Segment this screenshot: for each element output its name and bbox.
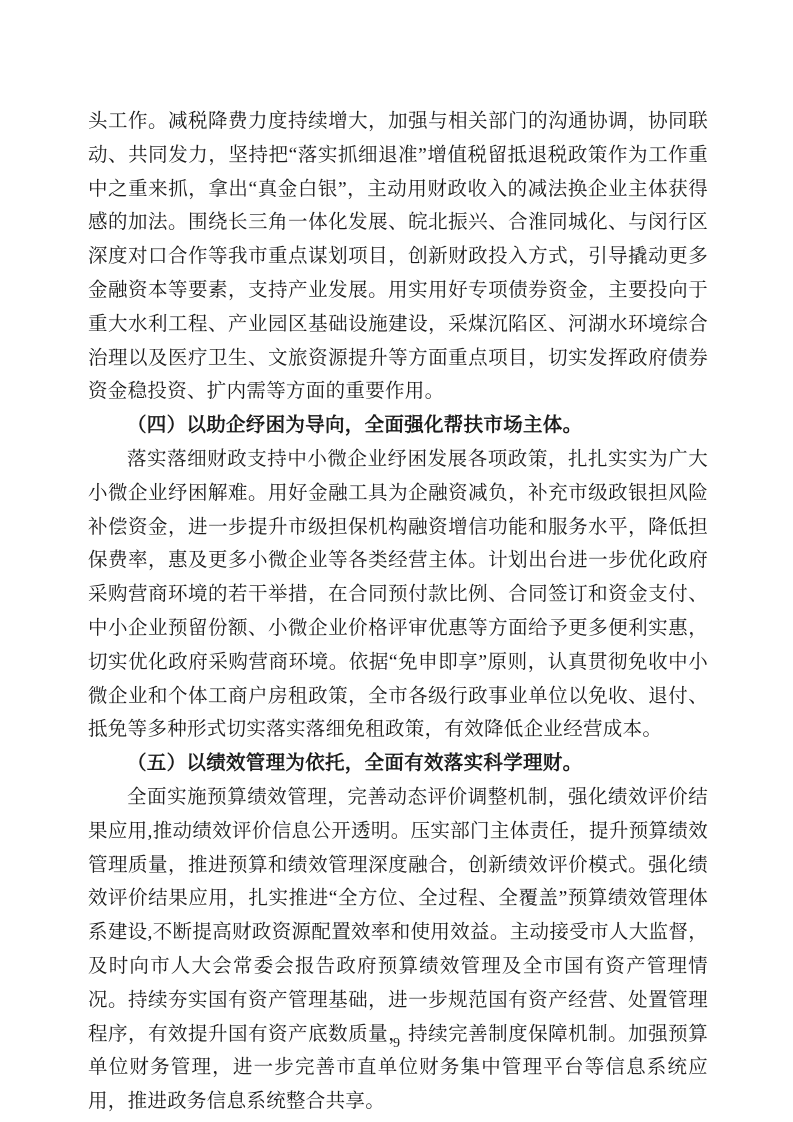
document-page: 头工作。减税降费力度持续增大，加强与相关部门的沟通协调，协同联动、共同发力，坚持… bbox=[0, 0, 793, 1122]
section-heading-4: （四）以助企纾困为导向，全面强化帮扶市场主体。 bbox=[88, 409, 708, 443]
section-heading-5: （五）以绩效管理为依托，全面有效落实科学理财。 bbox=[88, 747, 708, 781]
document-body: 头工作。减税降费力度持续增大，加强与相关部门的沟通协调，协同联动、共同发力，坚持… bbox=[88, 105, 708, 1119]
page-footer: 9 bbox=[0, 1034, 793, 1054]
page-number: 9 bbox=[393, 1036, 400, 1051]
paragraph-section-5: 全面实施预算绩效管理，完善动态评价调整机制，强化绩效评价结果应用,推动绩效评价信… bbox=[88, 781, 708, 1119]
paragraph-section-4: 落实落细财政支持中小微企业纾困发展各项政策，扎扎实实为广大小微企业纾困解难。用好… bbox=[88, 443, 708, 747]
paragraph-continuation: 头工作。减税降费力度持续增大，加强与相关部门的沟通协调，协同联动、共同发力，坚持… bbox=[88, 105, 708, 409]
